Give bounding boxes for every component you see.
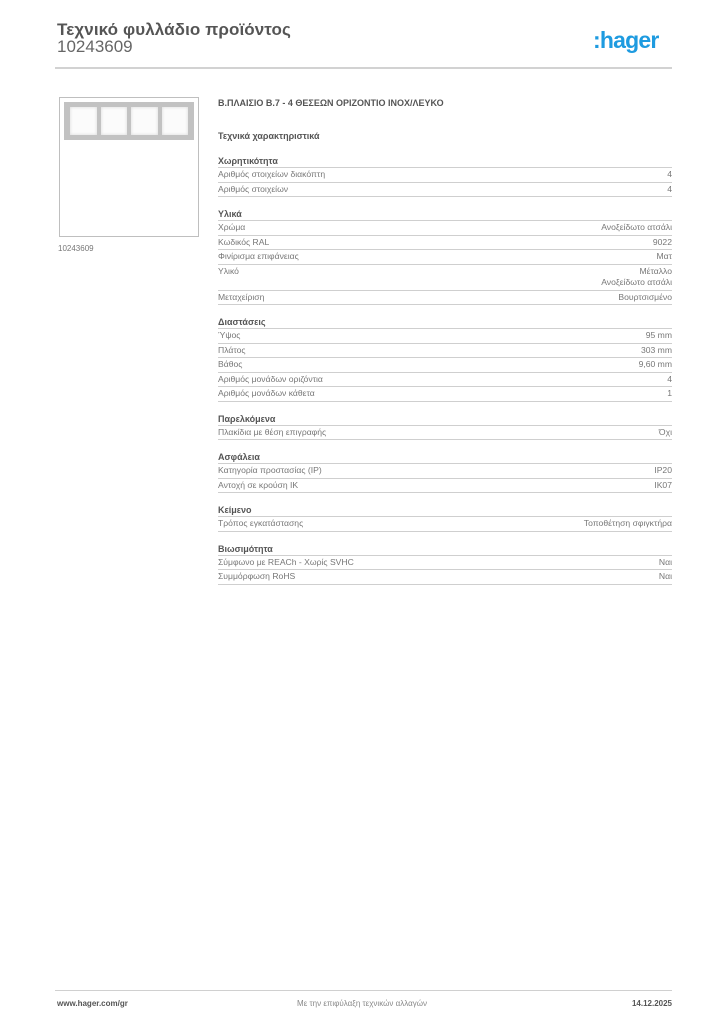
- spec-label: Αριθμός μονάδων οριζόντια: [218, 373, 323, 387]
- spec-label: Σύμφωνο με REACh - Χωρίς SVHC: [218, 556, 354, 570]
- spec-section: ΧωρητικότηταΑριθμός στοιχείων διακόπτη4Α…: [218, 155, 672, 197]
- spec-row: Αριθμός μονάδων οριζόντια4: [218, 373, 672, 388]
- spec-section: ΒιωσιμότηταΣύμφωνο με REACh - Χωρίς SVHC…: [218, 543, 672, 585]
- spec-value: Βουρτσισμένο: [618, 291, 672, 305]
- section-heading: Κείμενο: [218, 504, 672, 517]
- spec-row: Φινίρισμα επιφάνειαςΜατ: [218, 250, 672, 265]
- section-heading: Υλικά: [218, 208, 672, 221]
- frame-slot: [101, 107, 128, 135]
- spec-row: Τρόπος εγκατάστασηςΤοποθέτηση σφιγκτήρα: [218, 517, 672, 532]
- tech-specs-heading: Τεχνικά χαρακτηριστικά: [218, 131, 320, 141]
- spec-row: Σύμφωνο με REACh - Χωρίς SVHCΝαι: [218, 556, 672, 571]
- spec-label: Αριθμός στοιχείων: [218, 183, 288, 197]
- spec-section: ΑσφάλειαΚατηγορία προστασίας (IP)IP20Αντ…: [218, 451, 672, 493]
- spec-section: ΔιαστάσειςΎψος95 mmΠλάτος303 mmΒάθος9,60…: [218, 316, 672, 402]
- frame-slot: [131, 107, 158, 135]
- spec-value: 9,60 mm: [639, 358, 672, 372]
- specs-table: ΧωρητικότηταΑριθμός στοιχείων διακόπτη4Α…: [218, 155, 672, 596]
- spec-value: 4: [667, 168, 672, 182]
- section-heading: Ασφάλεια: [218, 451, 672, 464]
- spec-label: Κωδικός RAL: [218, 236, 269, 250]
- spec-label: Ύψος: [218, 329, 240, 343]
- section-heading: Διαστάσεις: [218, 316, 672, 329]
- spec-value: Ναι: [659, 556, 672, 570]
- spec-value: Ματ: [656, 250, 672, 264]
- spec-value: Όχι: [659, 426, 672, 440]
- product-name: Β.ΠΛΑΙΣΙΟ Β.7 - 4 ΘΕΣΕΩΝ ΟΡΙΖΟΝΤΙΟ ΙΝΟΧ/…: [218, 98, 444, 108]
- spec-value: Τοποθέτηση σφιγκτήρα: [584, 517, 672, 531]
- spec-row: Συμμόρφωση RoHSΝαι: [218, 570, 672, 585]
- spec-value: IK07: [654, 479, 672, 493]
- header-divider: [55, 67, 672, 69]
- spec-label: Τρόπος εγκατάστασης: [218, 517, 303, 531]
- spec-value: 9022: [653, 236, 672, 250]
- spec-label: Πλακίδια με θέση επιγραφής: [218, 426, 326, 440]
- product-image: [59, 97, 199, 237]
- spec-row: Πλάτος303 mm: [218, 344, 672, 359]
- spec-value: 303 mm: [641, 344, 672, 358]
- spec-label: Αριθμός μονάδων κάθετα: [218, 387, 315, 401]
- spec-row: ΜεταχείρισηΒουρτσισμένο: [218, 291, 672, 306]
- spec-row: ΧρώμαΑνοξείδωτο ατσάλι: [218, 221, 672, 236]
- spec-row: Αριθμός μονάδων κάθετα1: [218, 387, 672, 402]
- spec-row: Κατηγορία προστασίας (IP)IP20: [218, 464, 672, 479]
- spec-label: Αντοχή σε κρούση IK: [218, 479, 298, 493]
- spec-label: Κατηγορία προστασίας (IP): [218, 464, 322, 478]
- footer-disclaimer: Με την επιφύλαξη τεχνικών αλλαγών: [0, 999, 724, 1008]
- frame-slot: [70, 107, 97, 135]
- hager-logo: :hager: [593, 27, 659, 54]
- section-heading: Χωρητικότητα: [218, 155, 672, 168]
- spec-value: Μέταλλο Ανοξείδωτο ατσάλι: [601, 266, 672, 289]
- spec-value: Ναι: [659, 570, 672, 584]
- footer-divider: [55, 990, 672, 991]
- spec-label: Υλικό: [218, 266, 239, 289]
- spec-label: Συμμόρφωση RoHS: [218, 570, 295, 584]
- spec-row: Βάθος9,60 mm: [218, 358, 672, 373]
- spec-row: Αριθμός στοιχείων4: [218, 183, 672, 198]
- spec-row: Αντοχή σε κρούση IKIK07: [218, 479, 672, 494]
- spec-row: Πλακίδια με θέση επιγραφήςΌχι: [218, 426, 672, 441]
- spec-label: Μεταχείριση: [218, 291, 264, 305]
- product-code: 10243609: [57, 37, 133, 57]
- spec-row: Κωδικός RAL9022: [218, 236, 672, 251]
- spec-row: Αριθμός στοιχείων διακόπτη4: [218, 168, 672, 183]
- spec-label: Βάθος: [218, 358, 242, 372]
- spec-label: Χρώμα: [218, 221, 245, 235]
- spec-section: ΠαρελκόμεναΠλακίδια με θέση επιγραφήςΌχι: [218, 413, 672, 441]
- spec-row: ΥλικόΜέταλλο Ανοξείδωτο ατσάλι: [218, 265, 672, 291]
- spec-label: Φινίρισμα επιφάνειας: [218, 250, 299, 264]
- spec-value: Ανοξείδωτο ατσάλι: [601, 221, 672, 235]
- spec-value: IP20: [654, 464, 672, 478]
- spec-value: 4: [667, 373, 672, 387]
- image-caption: 10243609: [58, 244, 94, 253]
- spec-section: ΚείμενοΤρόπος εγκατάστασηςΤοποθέτηση σφι…: [218, 504, 672, 532]
- section-heading: Βιωσιμότητα: [218, 543, 672, 556]
- spec-label: Πλάτος: [218, 344, 246, 358]
- footer-date: 14.12.2025: [632, 999, 672, 1008]
- spec-row: Ύψος95 mm: [218, 329, 672, 344]
- spec-label: Αριθμός στοιχείων διακόπτη: [218, 168, 325, 182]
- frame-illustration: [64, 102, 194, 140]
- section-heading: Παρελκόμενα: [218, 413, 672, 426]
- frame-slot: [162, 107, 189, 135]
- spec-value: 4: [667, 183, 672, 197]
- spec-value: 1: [667, 387, 672, 401]
- spec-section: ΥλικάΧρώμαΑνοξείδωτο ατσάλιΚωδικός RAL90…: [218, 208, 672, 305]
- spec-value: 95 mm: [646, 329, 672, 343]
